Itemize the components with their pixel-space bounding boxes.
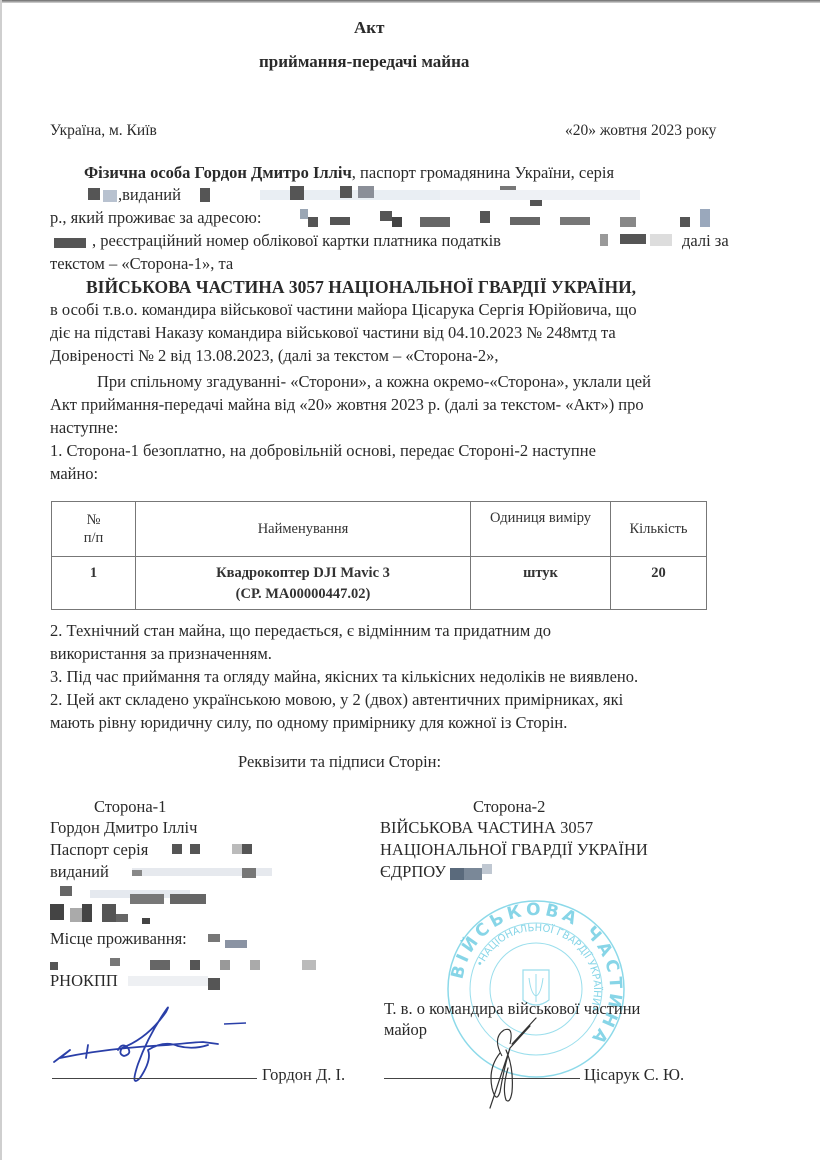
preamble-line2: Акт приймання-передачі майна від «20» жо… [50,394,644,416]
redacted-block [132,864,282,880]
party2-name: ВІЙСЬКОВА ЧАСТИНА 3057 НАЦІОНАЛЬНОЇ ГВАР… [86,276,636,298]
party1-issued-label: виданий [50,861,109,883]
redacted-block [200,186,720,206]
preamble-line1: При спільному згадуванні- «Сторони», а к… [97,371,651,393]
party2-name-line1: ВІЙСЬКОВА ЧАСТИНА 3057 [380,817,593,839]
table-header-row: № п/п Найменування Одиниця виміру Кількі… [52,502,707,557]
redacted-block [598,232,678,250]
redacted-block [300,209,740,231]
party1-intro-line4-end: далі за [682,230,729,252]
clause1-line2: майно: [50,463,98,485]
party2-heading: Сторона-2 [473,796,545,818]
document-subtitle: приймання-передачі майна [259,52,469,72]
document-title: Акт [354,18,384,38]
party1-intro-line1: Фізична особа Гордон Дмитро Ілліч, паспо… [84,162,614,184]
cell-quantity: 20 [611,557,707,610]
party1-signature-name: Гордон Д. І. [262,1064,345,1086]
party2-edrpou-label: ЄДРПОУ [380,861,446,883]
party2-intro-line3: Довіреності № 2 від 13.08.2023, (далі за… [50,345,498,367]
redacted-block [50,884,220,934]
clause2-line1: 2. Технічний стан майна, що передається,… [50,620,551,642]
party2-intro-line2: діє на підставі Наказу командира військо… [50,322,616,344]
party1-name-line: Гордон Дмитро Ілліч [50,817,197,839]
clause1-line1: 1. Сторона-1 безоплатно, на добровільній… [50,440,596,462]
clause4-line1: 2. Цей акт складено українською мовою, у… [50,689,623,711]
cell-number: 1 [52,557,136,610]
header-unit: Одиниця виміру [471,502,611,557]
cell-name: Квадрокоптер DJI Mavic 3 (СР. МА00000447… [136,557,471,610]
header-quantity: Кількість [611,502,707,557]
party1-intro-line5: текстом – «Сторона-1», та [50,253,233,275]
party2-signature [470,1008,560,1118]
table-row: 1 Квадрокоптер DJI Mavic 3 (СР. МА000004… [52,557,707,610]
party1-intro-line2: ,виданий [118,184,181,206]
party2-position-line2: майор [384,1019,427,1041]
party1-name: Фізична особа Гордон Дмитро Ілліч [84,163,352,182]
requisites-heading: Реквізити та підписи Сторін: [238,751,441,773]
header-number: № п/п [52,502,136,557]
party1-heading: Сторона-1 [94,796,166,818]
clause4-line2: мають рівну юридичну силу, по одному при… [50,712,567,734]
redacted-block [50,934,350,974]
scan-edge [0,0,820,3]
party2-signature-name: Цісарук С. Ю. [584,1064,684,1086]
clause3: 3. Під час приймання та огляду майна, як… [50,666,638,688]
header-name: Найменування [136,502,471,557]
redacted-block [172,842,262,858]
redacted-block [48,186,118,204]
party1-signature [48,1000,268,1090]
preamble-line3: наступне: [50,417,118,439]
party1-signature-line [52,1078,257,1079]
party2-name-line2: НАЦІОНАЛЬНОЇ ГВАРДІЇ УКРАЇНИ [380,839,648,861]
party1-passport-label: Паспорт серія [50,839,148,861]
redacted-block [128,974,238,990]
property-table: № п/п Найменування Одиниця виміру Кількі… [51,501,707,610]
scan-edge [0,0,2,1160]
party1-intro-line4: , реєстраційний номер облікової картки п… [92,230,501,252]
party2-intro-line1: в особі т.в.о. командира військової част… [50,299,637,321]
place: Україна, м. Київ [50,120,157,142]
clause2-line2: використання за призначенням. [50,643,272,665]
party1-intro-line3: р., який проживає за адресою: [50,207,261,229]
cell-unit: штук [471,557,611,610]
date: «20» жовтня 2023 року [565,120,716,142]
redacted-block [450,864,540,882]
party1-tax-label: РНОКПП [50,970,118,992]
redacted-block [50,236,90,250]
